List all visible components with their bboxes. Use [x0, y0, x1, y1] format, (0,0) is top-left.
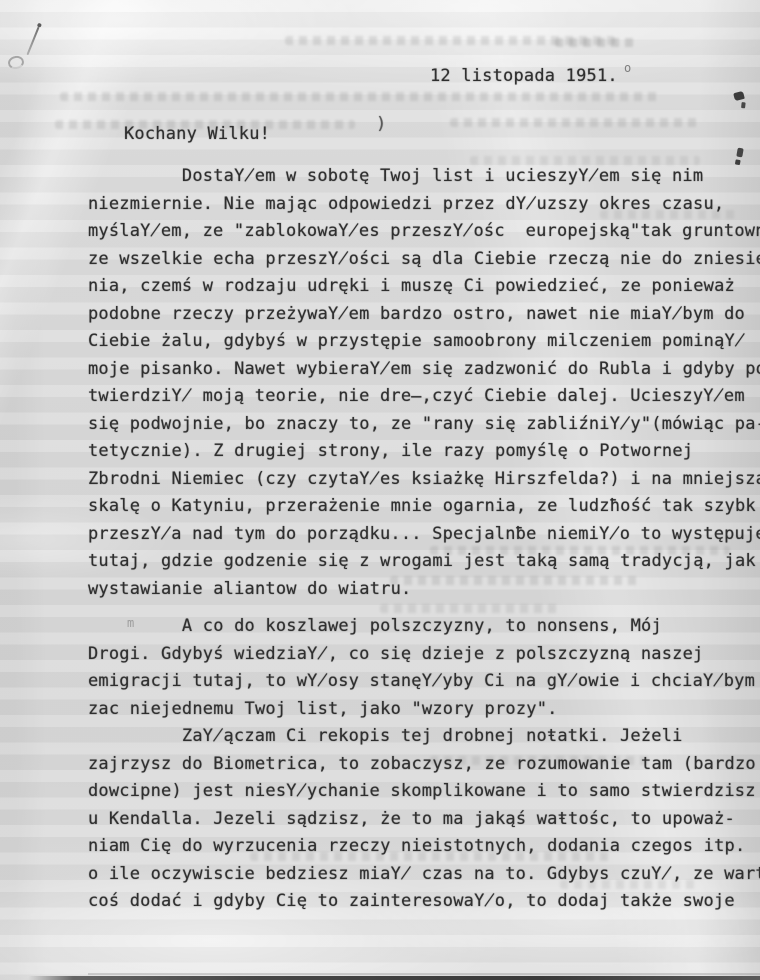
paper-bottom-edge-shadow [28, 976, 760, 980]
body-line: u Kendalla. Jezeli sądzisz, że to ma jak… [88, 806, 760, 834]
date-superscript-mark: o [624, 61, 631, 75]
body-line: wystawianie aliantow do wiatru. [88, 576, 760, 604]
body-line: A co do koszlawej polszczyzny, to nonsen… [88, 613, 760, 641]
stray-paren-mark: ) [376, 114, 386, 134]
body-line: Drogi. Gdybyś wiedziaY̸, co się dzieje z… [88, 641, 760, 669]
body-line: ZaY̸ączam Ci rekopis tej drobnej noŧatki… [88, 723, 760, 751]
body-line: moje pisanko. Nawet wybieraY̸em się zadz… [88, 356, 760, 384]
body-line: o ile oczywiscie bedziesz miaY̸ czas na … [88, 861, 760, 889]
body-line: nia, czemś w rodzaju udręki i muszę Ci p… [88, 273, 760, 301]
body-line: Ciebie żalu, gdybyś w przystępie samoobr… [88, 328, 760, 356]
letter-date: 12 listopada 1951. [430, 66, 618, 86]
body-line: niezmiernie. Nie mając odpowiedzi przez … [88, 191, 760, 219]
body-line: emigracji tutaj, to wY̸osy stanęY̸yby Ci… [88, 668, 760, 696]
body-line: niam Cię do wyrzucenia rzeczy nieistotny… [88, 833, 760, 861]
bleedthrough-smudge [60, 92, 660, 101]
circle-mark [7, 54, 25, 70]
body-line: twierdziY̸ moją teorie, nie dre̶,czyć Ci… [88, 383, 760, 411]
pencil-slash-mark [26, 27, 39, 56]
letter-body: DostaY̸em w sobotę Twoj list i ucieszyY̸… [88, 163, 760, 916]
body-line: podobne rzeczy przeżywaY̸em bardzo ostro… [88, 301, 760, 329]
body-line: coś dodać i gdyby Cię to zainteresowaY̸o… [88, 888, 760, 916]
body-line: dowcipne) jest niesY̸ychanie skomplikowa… [88, 778, 760, 806]
body-line: DostaY̸em w sobotę Twoj list i ucieszyY̸… [88, 163, 760, 191]
scanned-letter-page: 12 listopada 1951. o ) Kochany Wilku! m … [0, 0, 760, 980]
body-line: tetycznie). Z drugiej strony, ile razy p… [88, 438, 760, 466]
body-line: myślaY̸em, ze "zablokowaY̸es przeszY̸ośc… [88, 218, 760, 246]
bleedthrough-smudge [555, 38, 635, 47]
ink-blot-right-upper [733, 91, 745, 101]
body-line: zac niejednemu Twoj list, jako "wzory pr… [88, 696, 760, 724]
body-line: zajrzysz do Biometrica, to zobaczysz, ze… [88, 751, 760, 779]
body-line: ze wszelkie echa przeszY̸ości są dla Cie… [88, 246, 760, 274]
body-line: Zbrodni Niemiec (czy czytaY̸es ksiażkę H… [88, 466, 760, 494]
bleedthrough-smudge [285, 36, 615, 45]
salutation: Kochany Wilku! [124, 124, 270, 144]
body-line: tutaj, gdzie godzenie się z wrogami jest… [88, 548, 760, 576]
body-line: się podwojnie, bo znaczy to, ze "rany si… [88, 411, 760, 439]
bleedthrough-smudge [450, 118, 700, 127]
body-line: przeszY̸a nad tym do porządku... Specjal… [88, 521, 760, 549]
ink-blot-right-lower [736, 148, 743, 158]
body-line: skalę o Katyniu, przerażenie mnie ogarni… [88, 493, 760, 521]
